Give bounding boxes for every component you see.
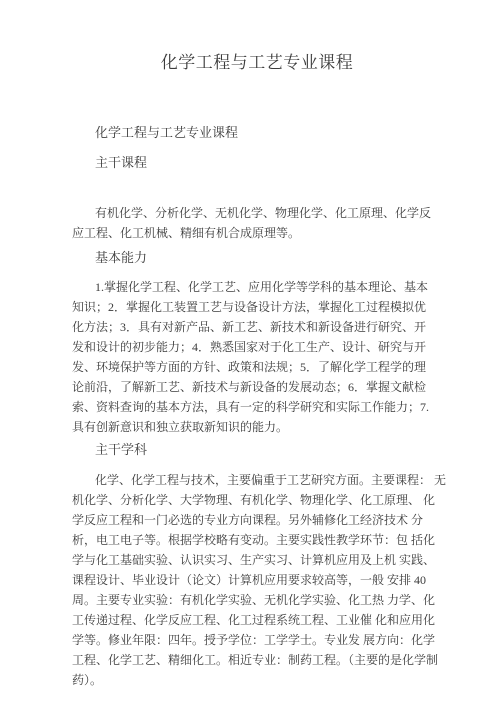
- paragraph-line: 1.掌握化学工程、化学工艺、应用化学等学科的基本理论、基本: [72, 277, 444, 297]
- paragraph-line: 应工程、化工机械、精细有机合成原理等。: [72, 223, 444, 243]
- paragraph-line: 课程设计、毕业设计（论文）计算机应用要求较高等，一般 安排 40: [72, 570, 444, 590]
- paragraph-line: 发、环境保护等方面的方针、政策和法规；5．了解化学工程学的理: [72, 357, 444, 377]
- paragraph-line: 工程、化学工艺、精细化工。相近专业：制药工程。（主要的是化学制: [72, 650, 444, 670]
- paragraph-line: 发和设计的初步能力；4．熟悉国家对于化工生产、设计、研究与开: [72, 337, 444, 357]
- section-heading-basic-abilities: 基本能力: [72, 248, 438, 268]
- paragraph-line: 论前沿，了解新工艺、新技术与新设备的发展动态；6．掌握文献检: [72, 377, 444, 397]
- paragraph-line: 学反应工程和一门必选的专业方向课程。另外辅修化工经济技术 分: [72, 510, 444, 530]
- paragraph-line: 化学、化学工程与技术，主要偏重于工艺研究方面。主要课程： 无: [72, 470, 444, 490]
- paragraph-line: 知识；2．掌握化工装置工艺与设备设计方法，掌握化工过程模拟优: [72, 297, 444, 317]
- section-heading-main-disciplines: 主干学科: [72, 440, 438, 460]
- paragraph-main-disciplines: 化学、化学工程与技术，主要偏重于工艺研究方面。主要课程： 无 机化学、分析化学、…: [72, 470, 444, 690]
- paragraph-line: 具有创新意识和独立获取新知识的能力。: [72, 417, 444, 437]
- paragraph-line: 机化学、分析化学、大学物理、有机化学、物理化学、化工原理、 化: [72, 490, 444, 510]
- document-page: 化学工程与工艺专业课程 化学工程与工艺专业课程 主干课程 有机化学、分析化学、无…: [0, 0, 500, 707]
- paragraph-line: 有机化学、分析化学、无机化学、物理化学、化工原理、化学反: [72, 203, 444, 223]
- document-title: 化学工程与工艺专业课程: [72, 49, 430, 77]
- paragraph-line: 工传递过程、化学反应工程、化工过程系统工程、工业催 化和应用化: [72, 610, 444, 630]
- section-heading-main-courses: 主干课程: [72, 153, 438, 173]
- paragraph-line: 化方法；3．具有对新产品、新工艺、新技术和新设备进行研究、开: [72, 317, 444, 337]
- paragraph-line: 学等。修业年限：四年。授予学位：工学学士。专业发 展方向：化学: [72, 630, 444, 650]
- body-heading: 化学工程与工艺专业课程: [72, 123, 438, 143]
- paragraph-line: 学与化工基础实验、认识实习、生产实习、计算机应用及上机 实践、: [72, 550, 444, 570]
- paragraph-line: 析，电工电子等。根据学校略有变动。主要实践性教学环节：包 括化: [72, 530, 444, 550]
- paragraph-line: 药）。: [72, 670, 444, 690]
- paragraph-line: 周。主要专业实验：有机化学实验、无机化学实验、化工热 力学、化: [72, 590, 444, 610]
- paragraph-line: 索、资料查询的基本方法，具有一定的科学研究和实际工作能力；7.: [72, 397, 444, 417]
- paragraph-main-courses: 有机化学、分析化学、无机化学、物理化学、化工原理、化学反 应工程、化工机械、精细…: [72, 203, 444, 243]
- paragraph-basic-abilities: 1.掌握化学工程、化学工艺、应用化学等学科的基本理论、基本 知识；2．掌握化工装…: [72, 277, 444, 437]
